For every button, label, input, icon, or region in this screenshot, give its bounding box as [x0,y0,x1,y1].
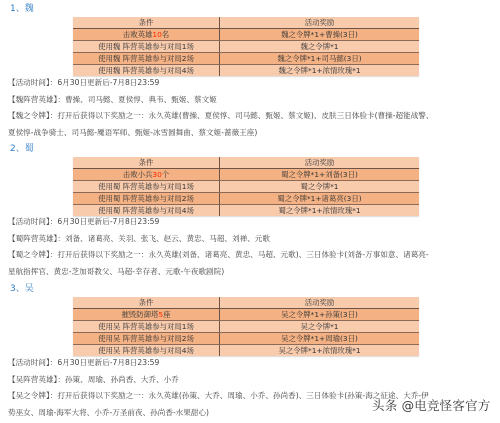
section-title-wu: 3、吴 [10,283,34,295]
faction-heroes: 【魏阵营英雄】：曹操、司马懿、夏侯惇、典韦、甄姬、蔡文姬 [8,92,496,109]
condition-cell: 使用吴 阵营英雄参与对局1场 [73,321,220,333]
table-row: 摧毁防御塔5座 吴之令牌*1+孙策(3日) [73,309,419,321]
reward-table-wei: 条件 活动奖励 击败英雄10名 魏之令牌*1+曹操(3日) 使用魏 阵营英雄参与… [73,17,419,76]
table-row: 使用吴 阵营英雄参与对局2场 吴之令牌*1+周瑜(3日) [73,333,419,345]
reward-cell: 吴之令牌*1+周瑜(3日) [220,333,420,345]
activity-time: 【活动时间】：6月30日更新后-7月8日23:59 [8,214,496,231]
condition-cell: 摧毁防御塔5座 [73,309,220,321]
reward-cell: 吴之令牌*1 [220,321,420,333]
section-title-shu: 2、蜀 [10,143,34,155]
reward-cell: 魏之令牌*1+司马懿(3日) [220,53,420,65]
condition-cell: 使用魏 阵营英雄参与对局2场 [73,53,220,65]
table-row: 使用吴 阵营英雄参与对局1场 吴之令牌*1 [73,321,419,333]
table-row: 使用魏 阵营英雄参与对局2场 魏之令牌*1+司马懿(3日) [73,53,419,65]
token-description-cont: 星航指挥官、黄忠-芝加哥教父、马超-幸存者、元歌-午夜歌剧院) [8,264,496,281]
reward-cell: 魏之令牌*1 [220,41,420,53]
reward-cell: 蜀之令牌*1+刘备(3日) [220,169,420,181]
faction-heroes: 【蜀阵营英雄】：刘备、诸葛亮、关羽、张飞、赵云、黄忠、马超、刘禅、元歌 [8,231,496,248]
activity-time: 【活动时间】：6月30日更新后-7月8日23:59 [8,75,496,92]
header-reward: 活动奖励 [220,17,420,29]
table-row: 击败英雄10名 魏之令牌*1+曹操(3日) [73,29,419,41]
condition-cell: 使用吴 阵营英雄参与对局2场 [73,333,220,345]
table-row: 使用蜀 阵营英雄参与对局1场 蜀之令牌*1 [73,181,419,193]
reward-cell: 蜀之令牌*1 [220,181,420,193]
token-description: 【魏之令牌】：打开后获得以下奖励之一：永久英雄(曹操、夏侯惇、司马懿、甄姬、蔡文… [8,108,496,125]
header-condition: 条件 [73,17,220,29]
condition-cell: 击败英雄10名 [73,29,220,41]
table-header-row: 条件 活动奖励 [73,157,419,169]
header-condition: 条件 [73,297,220,309]
table-header-row: 条件 活动奖励 [73,297,419,309]
header-condition: 条件 [73,157,220,169]
info-block-wei: 【活动时间】：6月30日更新后-7月8日23:59 【魏阵营英雄】：曹操、司马懿… [8,75,496,141]
reward-cell: 吴之令牌*1+孙策(3日) [220,309,420,321]
condition-cell: 使用魏 阵营英雄参与对局1场 [73,41,220,53]
source-watermark: 头条 @电竞怪客官方 [372,396,490,414]
token-description-cont: 夏侯惇-战争骑士、司马懿-魇语军师、甄姬-冰雪圆舞曲、蔡文姬-蔷薇王座) [8,125,496,142]
header-reward: 活动奖励 [220,157,420,169]
section-title-wei: 1、魏 [10,3,34,15]
table-row: 使用蜀 阵营英雄参与对局2场 蜀之令牌*1+诸葛亮(3日) [73,193,419,205]
reward-cell: 魏之令牌*1+曹操(3日) [220,29,420,41]
reward-cell: 蜀之令牌*1+诸葛亮(3日) [220,193,420,205]
highlight-number: 10 [152,30,161,39]
highlight-number: 30 [152,170,161,179]
token-description: 【蜀之令牌】：打开后获得以下奖励之一：永久英雄(刘备、诸葛亮、黄忠、马超、元歌)… [8,247,496,264]
table-row: 击败小兵30个 蜀之令牌*1+刘备(3日) [73,169,419,181]
reward-table-shu: 条件 活动奖励 击败小兵30个 蜀之令牌*1+刘备(3日) 使用蜀 阵营英雄参与… [73,157,419,216]
table-header-row: 条件 活动奖励 [73,17,419,29]
info-block-shu: 【活动时间】：6月30日更新后-7月8日23:59 【蜀阵营英雄】：刘备、诸葛亮… [8,214,496,280]
condition-cell: 击败小兵30个 [73,169,220,181]
condition-cell: 使用蜀 阵营英雄参与对局2场 [73,193,220,205]
reward-table-wu: 条件 活动奖励 摧毁防御塔5座 吴之令牌*1+孙策(3日) 使用吴 阵营英雄参与… [73,297,419,356]
condition-cell: 使用蜀 阵营英雄参与对局1场 [73,181,220,193]
table-row: 使用魏 阵营英雄参与对局1场 魏之令牌*1 [73,41,419,53]
activity-time: 【活动时间】：6月30日更新后-7月8日23:59 [8,355,496,372]
faction-heroes: 【吴阵营英雄】：孙策、周瑜、孙尚香、大乔、小乔 [8,372,496,389]
header-reward: 活动奖励 [220,297,420,309]
